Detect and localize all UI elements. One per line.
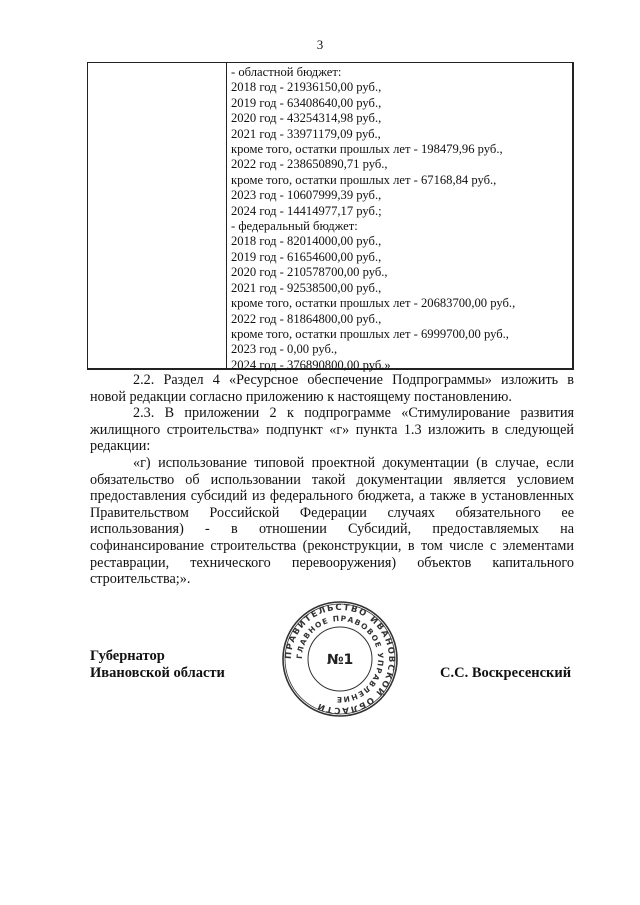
budget-line: 2020 год - 210578700,00 руб., (231, 265, 568, 280)
paragraph-2-3: 2.3. В приложении 2 к подпрограмме «Стим… (90, 405, 574, 455)
budget-line: 2018 год - 21936150,00 руб., (231, 80, 568, 95)
svg-text:№1: №1 (327, 652, 354, 668)
budget-line: - федеральный бюджет: (231, 219, 568, 234)
document-body: 2.2. Раздел 4 «Ресурсное обеспечение Под… (90, 372, 574, 588)
budget-line: 2021 год - 92538500,00 руб., (231, 281, 568, 296)
signatory-title-line2: Ивановской области (90, 665, 225, 682)
table-right-cell: - областной бюджет:2018 год - 21936150,0… (231, 65, 568, 373)
budget-line: 2019 год - 63408640,00 руб., (231, 96, 568, 111)
budget-line: 2023 год - 10607999,39 руб., (231, 188, 568, 203)
budget-line: 2023 год - 0,00 руб., (231, 342, 568, 357)
budget-line: 2022 год - 238650890,71 руб., (231, 157, 568, 172)
budget-line: 2020 год - 43254314,98 руб., (231, 111, 568, 126)
budget-line: кроме того, остатки прошлых лет - 206837… (231, 296, 568, 311)
budget-table: - областной бюджет:2018 год - 21936150,0… (87, 62, 574, 370)
signatory-name: С.С. Воскресенский (440, 665, 571, 682)
signatory-title-line1: Губернатор (90, 648, 225, 665)
paragraph-subitem-g: «г) использование типовой проектной доку… (90, 455, 574, 588)
signatory-title: Губернатор Ивановской области (90, 648, 225, 682)
budget-line: 2019 год - 61654600,00 руб., (231, 250, 568, 265)
page-number: 3 (0, 37, 640, 53)
budget-line: 2018 год - 82014000,00 руб., (231, 234, 568, 249)
budget-line: кроме того, остатки прошлых лет - 67168,… (231, 173, 568, 188)
official-seal-icon: ПРАВИТЕЛЬСТВО ИВАНОВСКОЙ ОБЛАСТИ ГЛАВНОЕ… (281, 600, 399, 718)
budget-line: кроме того, остатки прошлых лет - 699970… (231, 327, 568, 342)
budget-line: 2024 год - 14414977,17 руб.; (231, 204, 568, 219)
budget-line: кроме того, остатки прошлых лет - 198479… (231, 142, 568, 157)
budget-line: 2021 год - 33971179,09 руб., (231, 127, 568, 142)
budget-line: 2024 год - 376890800,00 руб.» (231, 358, 568, 373)
table-left-cell (88, 63, 227, 368)
paragraph-2-2: 2.2. Раздел 4 «Ресурсное обеспечение Под… (90, 372, 574, 405)
budget-line: 2022 год - 81864800,00 руб., (231, 312, 568, 327)
budget-line: - областной бюджет: (231, 65, 568, 80)
